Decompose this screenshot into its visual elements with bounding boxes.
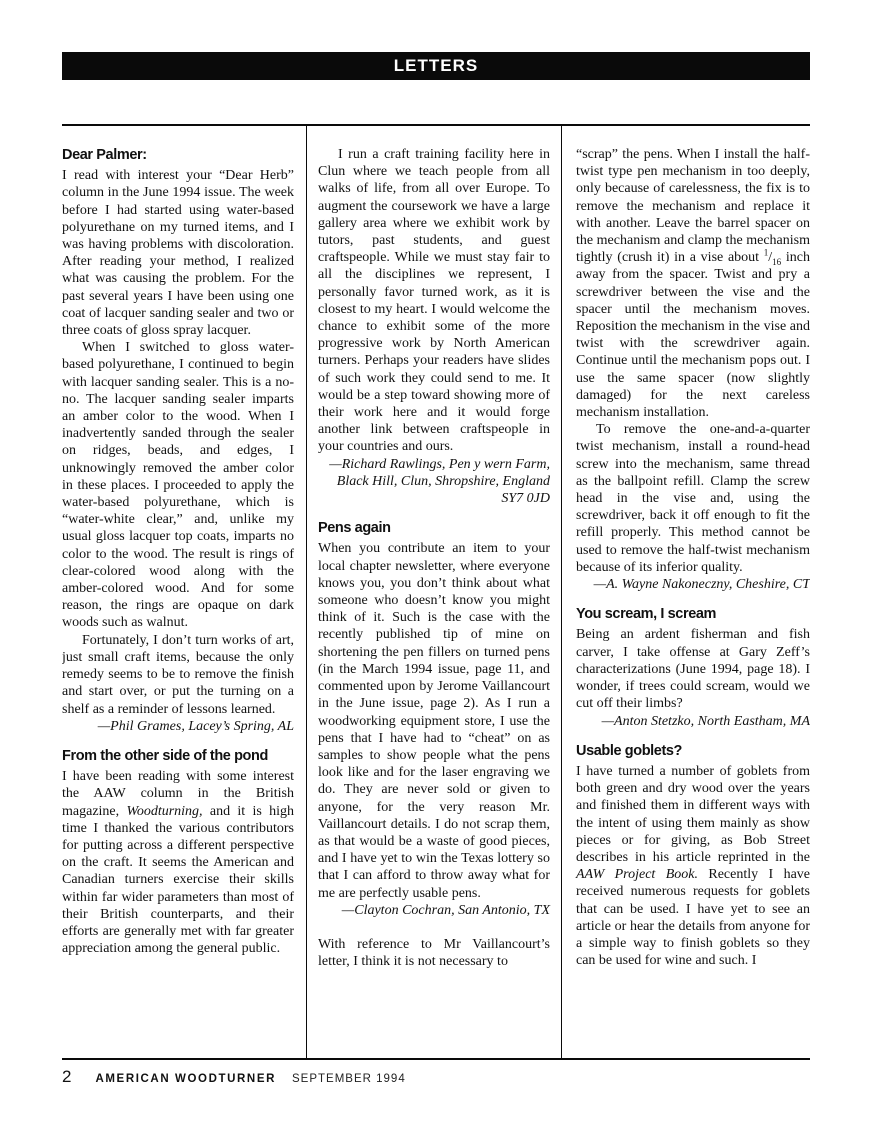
- page-number: 2: [62, 1067, 71, 1087]
- letter-attribution: —Richard Rawlings, Pen y wern Farm, Blac…: [318, 456, 550, 508]
- letter-paragraph: I have been reading with some interest t…: [62, 768, 294, 957]
- letters-content: Dear Palmer:I read with interest your “D…: [62, 124, 810, 1060]
- letter-paragraph: With reference to Mr Vaillancourt’s lett…: [318, 936, 550, 970]
- letter-attribution: —Clayton Cochran, San Antonio, TX: [318, 902, 550, 919]
- letter-paragraph: I have turned a number of goblets from b…: [576, 763, 810, 969]
- letter-paragraph: Fortunately, I don’t turn works of art, …: [62, 632, 294, 718]
- letter-heading: From the other side of the pond: [62, 748, 294, 765]
- letter-paragraph: To remove the one-and-a-quarter twist me…: [576, 421, 810, 576]
- letter-heading: Usable goblets?: [576, 743, 810, 760]
- section-title-bar: LETTERS: [62, 52, 810, 80]
- magazine-page: LETTERS Dear Palmer:I read with interest…: [0, 0, 876, 1133]
- letter-heading: Dear Palmer:: [62, 147, 294, 164]
- letter-heading: Pens again: [318, 520, 550, 537]
- letter-paragraph: Being an ardent fisherman and fish carve…: [576, 626, 810, 712]
- letter-paragraph: When you contribute an item to your loca…: [318, 540, 550, 901]
- letter-paragraph: I run a craft training facility here in …: [318, 146, 550, 456]
- issue-date: SEPTEMBER 1994: [292, 1073, 406, 1085]
- letter-paragraph: I read with interest your “Dear Herb” co…: [62, 167, 294, 339]
- text-column-2: I run a craft training facility here in …: [307, 126, 561, 1058]
- page-footer: 2 AMERICAN WOODTURNER SEPTEMBER 1994: [62, 1067, 406, 1087]
- text-column-1: Dear Palmer:I read with interest your “D…: [62, 126, 306, 1058]
- letter-attribution: —Anton Stetzko, North Eastham, MA: [576, 713, 810, 730]
- letter-paragraph: When I switched to gloss water-based pol…: [62, 339, 294, 631]
- text-column-3: “scrap” the pens. When I install the hal…: [562, 126, 810, 1058]
- letter-paragraph: “scrap” the pens. When I install the hal…: [576, 146, 810, 421]
- letter-attribution: —Phil Grames, Lacey’s Spring, AL: [62, 718, 294, 735]
- letter-heading: You scream, I scream: [576, 606, 810, 623]
- section-title: LETTERS: [394, 56, 478, 76]
- magazine-name: AMERICAN WOODTURNER: [95, 1073, 276, 1085]
- letter-attribution: —A. Wayne Nakoneczny, Cheshire, CT: [576, 576, 810, 593]
